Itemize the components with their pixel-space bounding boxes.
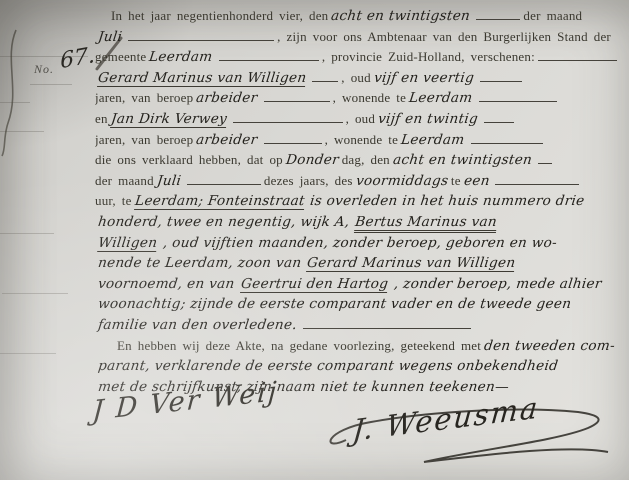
handwritten-text: vijf en veertig: [373, 71, 475, 86]
margin-rule: [0, 102, 30, 103]
printed-text: der maand: [95, 173, 154, 188]
handwritten-text: den tweeden com-: [483, 339, 616, 354]
handwritten-text: acht en twintigsten: [392, 153, 533, 168]
document-line: voornoemd, en vanGeertrui den Hartog, zo…: [95, 274, 617, 295]
handwritten-text: Willigen: [97, 236, 158, 254]
printed-text: , oud: [346, 111, 376, 126]
document-line: uur, teLeerdam; Fonteinstraatis overlede…: [95, 191, 617, 212]
handwritten-text: Leerdam: [400, 133, 465, 148]
document-line: En hebben wij deze Akte, na gedane voorl…: [95, 336, 617, 357]
blank-rule: [476, 8, 520, 20]
handwritten-text: Gerard Marinus van Willigen: [97, 71, 307, 87]
margin-rule: [30, 84, 72, 85]
blank-rule: [128, 29, 274, 41]
document-line: jaren, van beroeparbeider, wonende teLee…: [95, 88, 617, 109]
printed-text: jaren, van beroep: [95, 90, 193, 105]
printed-text: der maand: [523, 8, 582, 23]
printed-text: , wonende te: [325, 132, 398, 147]
printed-text: , zijn voor ons Ambtenaar van den Burger…: [277, 29, 611, 44]
document-lines: In het jaar negentienhonderd vier, denac…: [95, 6, 617, 397]
handwritten-text: vijf en twintig: [377, 112, 479, 127]
handwritten-text: een: [463, 174, 491, 189]
blank-rule: [303, 317, 471, 329]
document-line: enJan Dirk Verwey, oudvijf en twintig: [95, 109, 617, 130]
blank-rule: [264, 132, 322, 144]
printed-text: te: [451, 173, 461, 188]
document-line: Willigen, oud vijftien maanden, zonder b…: [95, 233, 617, 254]
handwritten-text: is overleden in het huis nummero drie: [309, 194, 585, 209]
document-line: die ons verklaard hebben, dat opDonderda…: [95, 150, 617, 171]
handwritten-text: Gerard Marinus van Willigen: [306, 256, 516, 272]
margin-rule: [0, 131, 44, 132]
handwritten-text: voornoemd, en van: [97, 277, 235, 292]
margin-rule: [0, 233, 54, 234]
blank-rule: [538, 152, 552, 164]
handwritten-text: familie van den overledene.: [97, 318, 298, 333]
handwritten-text: acht en twintigsten: [330, 9, 471, 24]
document-line: der maandJulidezes jaars, desvoormiddags…: [95, 171, 617, 192]
handwritten-text: nende te Leerdam, zoon van: [97, 256, 302, 271]
blank-rule: [479, 90, 557, 102]
document-line: Juli, zijn voor ons Ambtenaar van den Bu…: [95, 27, 617, 48]
document-line: nende te Leerdam, zoon vanGerard Marinus…: [95, 253, 617, 274]
printed-text: die ons verklaard hebben, dat op: [95, 152, 283, 167]
act-number-value: 67.: [60, 43, 95, 74]
handwritten-text: arbeider: [195, 91, 258, 106]
handwritten-text: Donder: [285, 153, 340, 168]
printed-text: gemeente: [95, 49, 146, 64]
handwritten-text: Leerdam: [148, 50, 213, 65]
handwritten-text: voormiddags: [355, 174, 449, 189]
margin-rule: [2, 293, 68, 294]
handwritten-text: Jan Dirk Verwey: [110, 112, 228, 128]
handwritten-text: Juli: [156, 174, 182, 189]
handwritten-text: , zonder beroep, mede alhier: [393, 277, 602, 292]
death-record-page: No. 67. In het jaar negentienhonderd vie…: [0, 0, 629, 480]
document-line: Gerard Marinus van Willigen, oudvijf en …: [95, 68, 617, 89]
printed-text: jaren, van beroep: [95, 132, 193, 147]
handwritten-text: Geertrui den Hartog: [240, 277, 389, 293]
handwritten-text: Juli: [97, 30, 123, 45]
printed-text: en: [95, 111, 108, 126]
handwritten-text: Leerdam: [408, 91, 473, 106]
signature-right: J. Weeusma: [351, 390, 541, 448]
blank-rule: [312, 70, 338, 82]
pen-flourish: [0, 28, 26, 158]
blank-rule: [187, 173, 261, 185]
handwritten-text: Leerdam; Fonteinstraat: [134, 194, 306, 210]
handwritten-text: , oud vijftien maanden, zonder beroep, g…: [162, 236, 558, 251]
document-line: jaren, van beroeparbeider, wonende teLee…: [95, 130, 617, 151]
handwritten-text: honderd, twee en negentig, wijk A,: [97, 215, 350, 230]
handwritten-text: parant, verklarende de eerste comparant …: [97, 359, 559, 374]
printed-text: En hebben wij deze Akte, na gedane voorl…: [117, 338, 481, 353]
printed-text: uur, te: [95, 193, 132, 208]
document-line: woonachtig; zijnde de eerste comparant v…: [95, 294, 617, 315]
document-line: familie van den overledene.: [95, 315, 617, 336]
handwritten-text: arbeider: [195, 133, 258, 148]
handwritten-text: Bertus Marinus van: [354, 215, 498, 233]
blank-rule: [484, 111, 514, 123]
handwritten-text: woonachtig; zijnde de eerste comparant v…: [97, 297, 572, 312]
printed-text: , wonende te: [333, 90, 406, 105]
blank-rule: [538, 49, 617, 61]
printed-text: , provincie Zuid-Holland, verschenen:: [322, 49, 535, 64]
printed-text: , oud: [341, 70, 371, 85]
document-line: honderd, twee en negentig, wijk A,Bertus…: [95, 212, 617, 233]
printed-text: In het jaar negentienhonderd vier, den: [111, 8, 328, 23]
blank-rule: [233, 111, 343, 123]
printed-text: dezes jaars, des: [264, 173, 353, 188]
blank-rule: [471, 132, 543, 144]
document-line: In het jaar negentienhonderd vier, denac…: [95, 6, 617, 27]
act-number-label: No.: [34, 62, 54, 77]
printed-text: dag, den: [342, 152, 390, 167]
document-line: gemeenteLeerdam, provincie Zuid-Holland,…: [95, 47, 617, 68]
margin-rule: [0, 353, 56, 354]
blank-rule: [495, 173, 579, 185]
blank-rule: [264, 90, 330, 102]
document-line: parant, verklarende de eerste comparant …: [95, 356, 617, 377]
blank-rule: [480, 70, 522, 82]
blank-rule: [219, 49, 319, 61]
